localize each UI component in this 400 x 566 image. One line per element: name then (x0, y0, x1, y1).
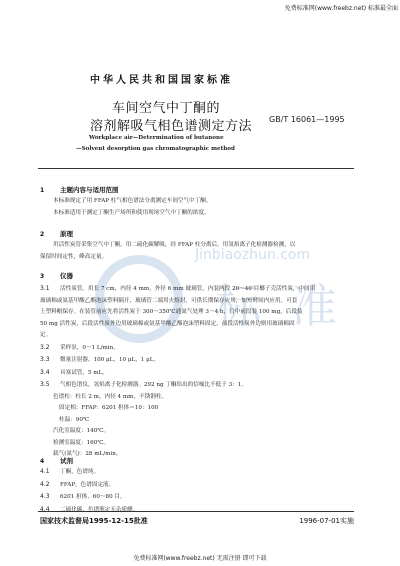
item-text: FFAP，色谱固定液。 (60, 482, 114, 488)
section-2-heading: 2原理 (40, 229, 73, 238)
item-number: 4.1 (40, 466, 60, 478)
item-3-1: 3.1活性炭管。用长 7 cm，内径 4 mm，外径 6 mm 玻璃管，内装两段… (40, 283, 315, 296)
section-number: 1 (40, 187, 60, 194)
stationary-phase-spec: 固定相：FFAP：6201 担体＝10：100 (40, 403, 315, 415)
section-title: 试剂 (60, 457, 73, 465)
item-text: 微量注射器，100 μL，10 μL，1 μL。 (60, 357, 159, 363)
item-number: 3.1 (40, 283, 60, 295)
implementation-date: 1996-07-01实施 (299, 516, 354, 526)
english-title-line-1: Workplace air—Determination of butanone (89, 135, 224, 141)
item-text: 采样泵，0～1 L/min。 (60, 345, 119, 351)
item-3-1-cont: 定。 (40, 330, 315, 342)
vaporizer-temp-spec: 汽化室温度：140℃。 (40, 426, 315, 438)
section-2-body: 用活性炭管采集空气中丁酮，用二硫化碳解吸，经 FFAP 柱分离后，用氢焰离子化检… (40, 240, 295, 263)
title-line-2: 溶剂解吸气相色谱测定方法 (90, 115, 252, 134)
section-1-heading: 1主题内容与适用范围 (40, 185, 119, 194)
paragraph: 本标准规定了用 FFAP 柱气相色谱法分离测定车间空气中丁酮。 (53, 196, 211, 208)
item-number: 3.5 (40, 379, 60, 391)
section-title: 仪器 (60, 272, 73, 280)
item-4-3: 4.36201 担体，60～80 目。 (40, 491, 138, 504)
section-title: 主题内容与适用范围 (60, 186, 119, 194)
item-3-1-cont: 50 mg 活性炭，后段活性炭外边用玻璃棉或氨基甲酸乙酯泡沫塑料固定，前段活性炭… (40, 319, 315, 331)
column-temp-spec: 柱温：90℃ (40, 415, 315, 427)
paragraph: 保留时间定性，峰高定量。 (40, 252, 295, 264)
top-banner: 免费标准网(www.freebz.net) 标准最全面 (285, 3, 398, 12)
item-text: 气相色谱仪，氢焰离子化检测器。292 ng 丁酮给出的信噪比不低于 3：1。 (60, 382, 247, 388)
item-text: 具塞试管，5 mL。 (60, 370, 108, 376)
section-number: 3 (40, 273, 60, 280)
title-line-1: 车间空气中丁酮的 (112, 97, 220, 116)
item-3-2: 3.2采样泵，0～1 L/min。 (40, 342, 315, 355)
item-text: 6201 担体，60～80 目。 (60, 494, 126, 500)
item-3-5: 3.5气相色谱仪，氢焰离子化检测器。292 ng 丁酮给出的信噪比不低于 3：1… (40, 379, 315, 392)
item-number: 4.3 (40, 491, 60, 503)
item-number: 4.4 (40, 504, 60, 516)
section-number: 2 (40, 231, 60, 238)
item-4-1: 4.1丁酮，色谱纯。 (40, 466, 138, 479)
paragraph: 用活性炭管采集空气中丁酮，用二硫化碳解吸，经 FFAP 柱分离后，用氢焰离子化检… (40, 240, 295, 252)
bottom-banner: 免费标准网(www.freebz.net) 无需注册 即可下载 (0, 553, 400, 562)
column-spec: 色谱柱：柱长 2 m，内径 4 mm，不锈钢柱。 (40, 392, 315, 404)
paragraph: 本标准适用于测定丁酮生产场所和使用现场空气中丁酮的浓度。 (53, 208, 211, 220)
item-number: 3.2 (40, 342, 60, 354)
item-text: 二硫化碳，色谱鉴定无杂质峰。 (60, 507, 138, 513)
standard-code: GB/T 16061—1995 (269, 115, 345, 124)
national-standard-label: 中华人民共和国国家标准 (90, 71, 233, 86)
item-number: 4.2 (40, 479, 60, 491)
english-title-line-2: —Solvent desorption gas chromatographic … (76, 146, 235, 152)
section-4-body: 4.1丁酮，色谱纯。 4.2FFAP，色谱固定液。 4.36201 担体，60～… (40, 466, 138, 516)
item-3-3: 3.3微量注射器，100 μL，10 μL，1 μL。 (40, 354, 315, 367)
section-3-heading: 3仪器 (40, 271, 73, 280)
item-text: 丁酮，色谱纯。 (60, 469, 99, 475)
section-number: 4 (40, 458, 60, 465)
item-text: 活性炭管。用长 7 cm，内径 4 mm，外径 6 mm 玻璃管，内装两段 20… (60, 286, 315, 292)
item-number: 3.3 (40, 354, 60, 366)
item-3-1-cont: 玻璃棉或氨基甲酸乙酯泡沫塑料隔开，玻璃管二端用火熔封，可供长期保存应用，如短时间… (40, 296, 315, 308)
item-number: 3.4 (40, 367, 60, 379)
section-4-heading: 4试剂 (40, 456, 73, 465)
header-divider (38, 168, 354, 169)
section-1-body: 本标准规定了用 FFAP 柱气相色谱法分离测定车间空气中丁酮。 本标准适用于测定… (53, 196, 211, 219)
approval-date: 国家技术监督局1995-12-15批准 (40, 516, 148, 526)
section-title: 原理 (60, 230, 73, 238)
detector-temp-spec: 检测室温度：160℃。 (40, 438, 315, 450)
item-3-4: 3.4具塞试管，5 mL。 (40, 367, 315, 380)
item-3-1-cont: 上塑料帽保存。在装管前应先将活性炭于 300～350℃通氮气处理 3～4 h，管… (40, 307, 315, 319)
carrier-gas-spec: 载气(氮气)：28 mL/min。 (40, 449, 315, 461)
item-4-4: 4.4二硫化碳，色谱鉴定无杂质峰。 (40, 504, 138, 517)
item-4-2: 4.2FFAP，色谱固定液。 (40, 479, 138, 492)
section-3-body: 3.1活性炭管。用长 7 cm，内径 4 mm，外径 6 mm 玻璃管，内装两段… (40, 283, 315, 461)
